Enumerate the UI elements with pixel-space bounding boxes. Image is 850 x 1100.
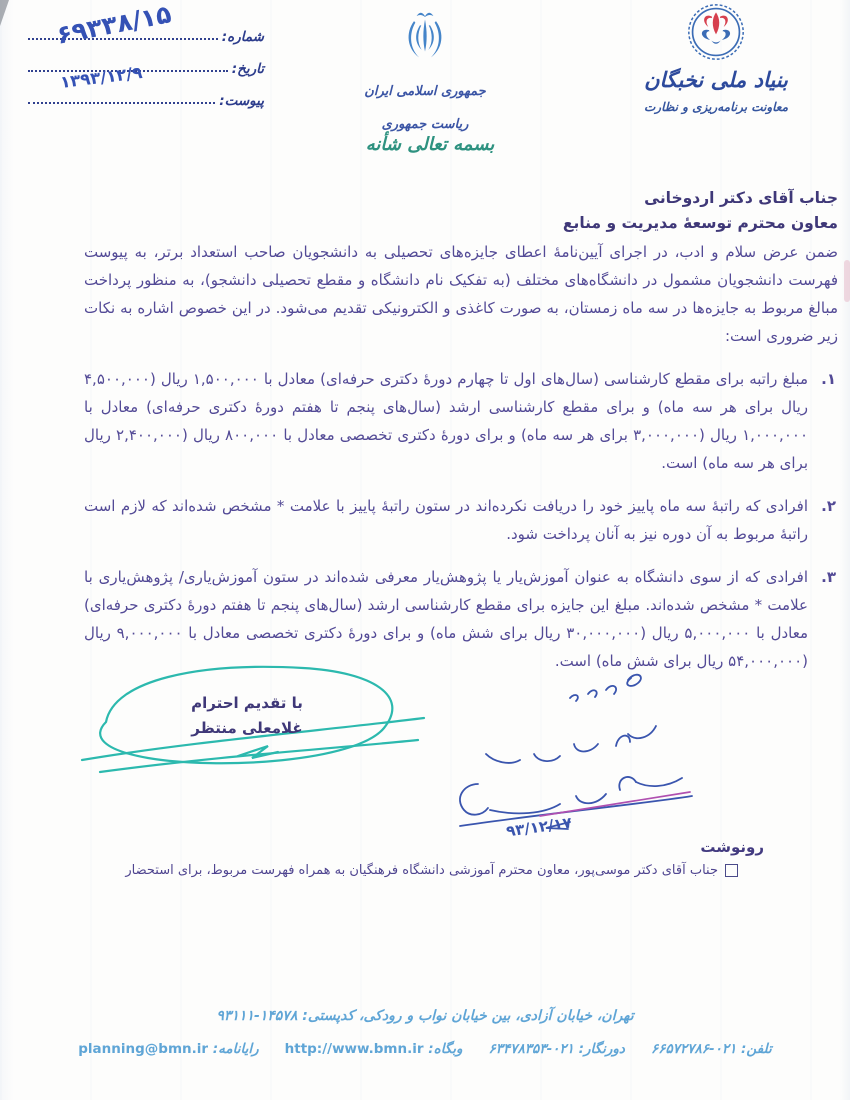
letter-body: ضمن عرض سلام و ادب، در اجرای آیین‌نامهٔ … (84, 238, 838, 675)
web-label: وبگاه: (428, 1041, 462, 1057)
government-header: جمهوری اسلامی ایران ریاست جمهوری (320, 8, 530, 132)
footer-address: تهران، خیابان آزادی، بین خیابان نواب و ر… (0, 1008, 850, 1024)
item-number: ۱. (812, 365, 836, 393)
scanned-letter-page: شماره: تاریخ: پیوست: ۶۹۳۳۸/۱۵ ۱۳۹۳/۱۲/۹ … (0, 0, 850, 1100)
phone-value: ۰۲۱-۶۶۵۷۲۷۸۶ (651, 1041, 736, 1057)
intro-paragraph: ضمن عرض سلام و ادب، در اجرای آیین‌نامهٔ … (84, 238, 838, 350)
cc-item-text: جناب آقای دکتر موسی‌پور، معاون محترم آمو… (125, 863, 718, 878)
signature-block: با تقدیم احترام غلامعلی منتظر (92, 662, 402, 782)
cc-block: رونوشت جناب آقای دکتر موسی‌پور، معاون مح… (60, 838, 764, 878)
item-number: ۲. (812, 492, 836, 520)
signature-name: غلامعلی منتظر (92, 719, 402, 737)
bismillah-calligraphy: بسمه تعالی شأنه (305, 134, 555, 155)
item-text: مبلغ راتبه برای مقطع کارشناسی (سال‌های ا… (84, 370, 808, 472)
email-label: رایانامه: (213, 1041, 259, 1057)
scan-corner-artifact (0, 0, 9, 26)
cc-title: رونوشت (60, 838, 764, 856)
fax-value: ۰۲۱-۶۳۴۷۸۳۵۳ (489, 1041, 574, 1057)
fax-label: دورنگار: (579, 1041, 625, 1057)
footer-contacts: تلفن: ۰۲۱-۶۶۵۷۲۷۸۶ دورنگار: ۰۲۱-۶۳۴۷۸۳۵۳… (0, 1041, 850, 1057)
addressee-block: جناب آقای دکتر اردوخانی معاون محترم توسع… (300, 186, 838, 236)
checkbox-icon (725, 864, 738, 877)
org-name: بنیاد ملی نخبگان (596, 68, 836, 92)
reference-fields: شماره: تاریخ: پیوست: ۶۹۳۳۸/۱۵ ۱۳۹۳/۱۲/۹ (26, 16, 264, 112)
handwriting-annotation-icon (420, 648, 730, 848)
bmn-logo-icon (686, 2, 746, 62)
org-department: معاونت برنامه‌ریزی و نظارت (596, 100, 836, 114)
addressee-name: جناب آقای دکتر اردوخانی (300, 186, 838, 211)
footer-email: رایانامه: planning@bmn.ir (78, 1041, 258, 1057)
addressee-title: معاون محترم توسعهٔ مدیریت و منابع (300, 211, 838, 236)
attachment-dotted-line (28, 101, 215, 104)
organization-header: بنیاد ملی نخبگان معاونت برنامه‌ریزی و نظ… (596, 2, 836, 114)
attachment-label: پیوست: (219, 93, 264, 109)
item-text: افرادی که راتبهٔ سه ماه پاییز خود را دری… (84, 497, 808, 543)
date-label: تاریخ: (232, 61, 264, 77)
item-number: ۳. (812, 563, 836, 591)
gov-country-line: جمهوری اسلامی ایران (320, 84, 530, 99)
cc-item: جناب آقای دکتر موسی‌پور، معاون محترم آمو… (60, 863, 738, 878)
list-item: ۲. افرادی که راتبهٔ سه ماه پاییز خود را … (84, 492, 838, 548)
iran-emblem-icon (398, 8, 452, 68)
phone-label: تلفن: (741, 1041, 772, 1057)
number-label: شماره: (222, 29, 264, 45)
scan-edge-smudge (844, 260, 850, 302)
gov-office-line: ریاست جمهوری (320, 117, 530, 132)
signature-respect-line: با تقدیم احترام (92, 694, 402, 712)
list-item: ۱. مبلغ راتبه برای مقطع کارشناسی (سال‌ها… (84, 365, 838, 477)
footer-phone: تلفن: ۰۲۱-۶۶۵۷۲۷۸۶ (651, 1041, 772, 1057)
footer-web: وبگاه: http://www.bmn.ir (285, 1041, 463, 1057)
web-value: http://www.bmn.ir (285, 1041, 424, 1057)
email-value: planning@bmn.ir (78, 1041, 208, 1057)
footer: تهران، خیابان آزادی، بین خیابان نواب و ر… (0, 1008, 850, 1057)
footer-fax: دورنگار: ۰۲۱-۶۳۴۷۸۳۵۳ (489, 1041, 625, 1057)
